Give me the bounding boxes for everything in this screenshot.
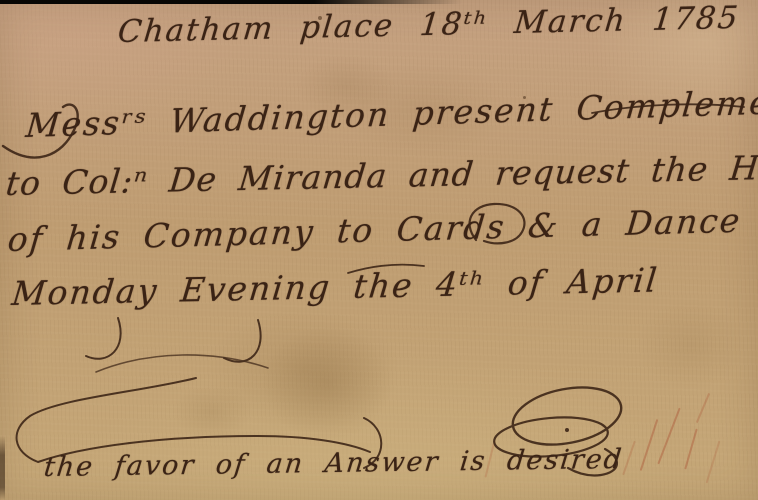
left-edge-artifact [0, 436, 5, 500]
scan-edge-artifact [0, 0, 462, 4]
date-crossbar-flourish [348, 265, 424, 273]
body-line-4: Monday Evening the 4ᵗʰ of April [10, 260, 660, 313]
reply-request-line: the favor of an Answer is desired [42, 444, 624, 483]
underline-arc-flourish [96, 355, 268, 372]
crossbar-flourish [592, 104, 744, 113]
oval-flourish-upper [508, 379, 626, 453]
descender-flourish [224, 320, 261, 362]
pen-flourishes [0, 0, 758, 500]
descender-flourish [86, 318, 121, 359]
ink-speck [318, 16, 322, 20]
ink-speck [452, 12, 455, 15]
red-scratch-mark [684, 429, 697, 470]
red-scratch-mark [657, 408, 680, 465]
red-scratch-mark [622, 441, 636, 476]
body-line-2: to Col:ⁿ De Miranda and request the Hono… [4, 146, 758, 203]
paper-stain [296, 54, 396, 118]
paper-stain [262, 326, 392, 441]
dance-loop-flourish [470, 204, 525, 243]
ink-dot [565, 428, 569, 432]
oval-flourish-tail [568, 449, 617, 475]
red-scratch-mark [696, 393, 710, 423]
lead-curl-flourish [3, 105, 78, 158]
invitation-card-paper: Chatham place 18ᵗʰ March 1785 — Messʳˢ W… [0, 0, 758, 500]
paper-stain [636, 300, 746, 390]
paper-stain [172, 384, 252, 440]
red-scratch-mark [640, 419, 659, 471]
red-scratch-mark [706, 441, 721, 484]
body-line-3: of his Company to Cards & a Dance — on [6, 197, 758, 259]
ink-speck [523, 96, 526, 99]
body-line-1: Messʳˢ Waddington present Complements [24, 81, 758, 145]
reply-swash-flourish [17, 378, 370, 462]
reply-swash-loop [364, 418, 381, 468]
oval-flourish-lower [493, 413, 610, 461]
dateline-text: Chatham place 18ᵗʰ March 1785 — [116, 0, 758, 50]
red-scratch-mark [484, 440, 495, 477]
